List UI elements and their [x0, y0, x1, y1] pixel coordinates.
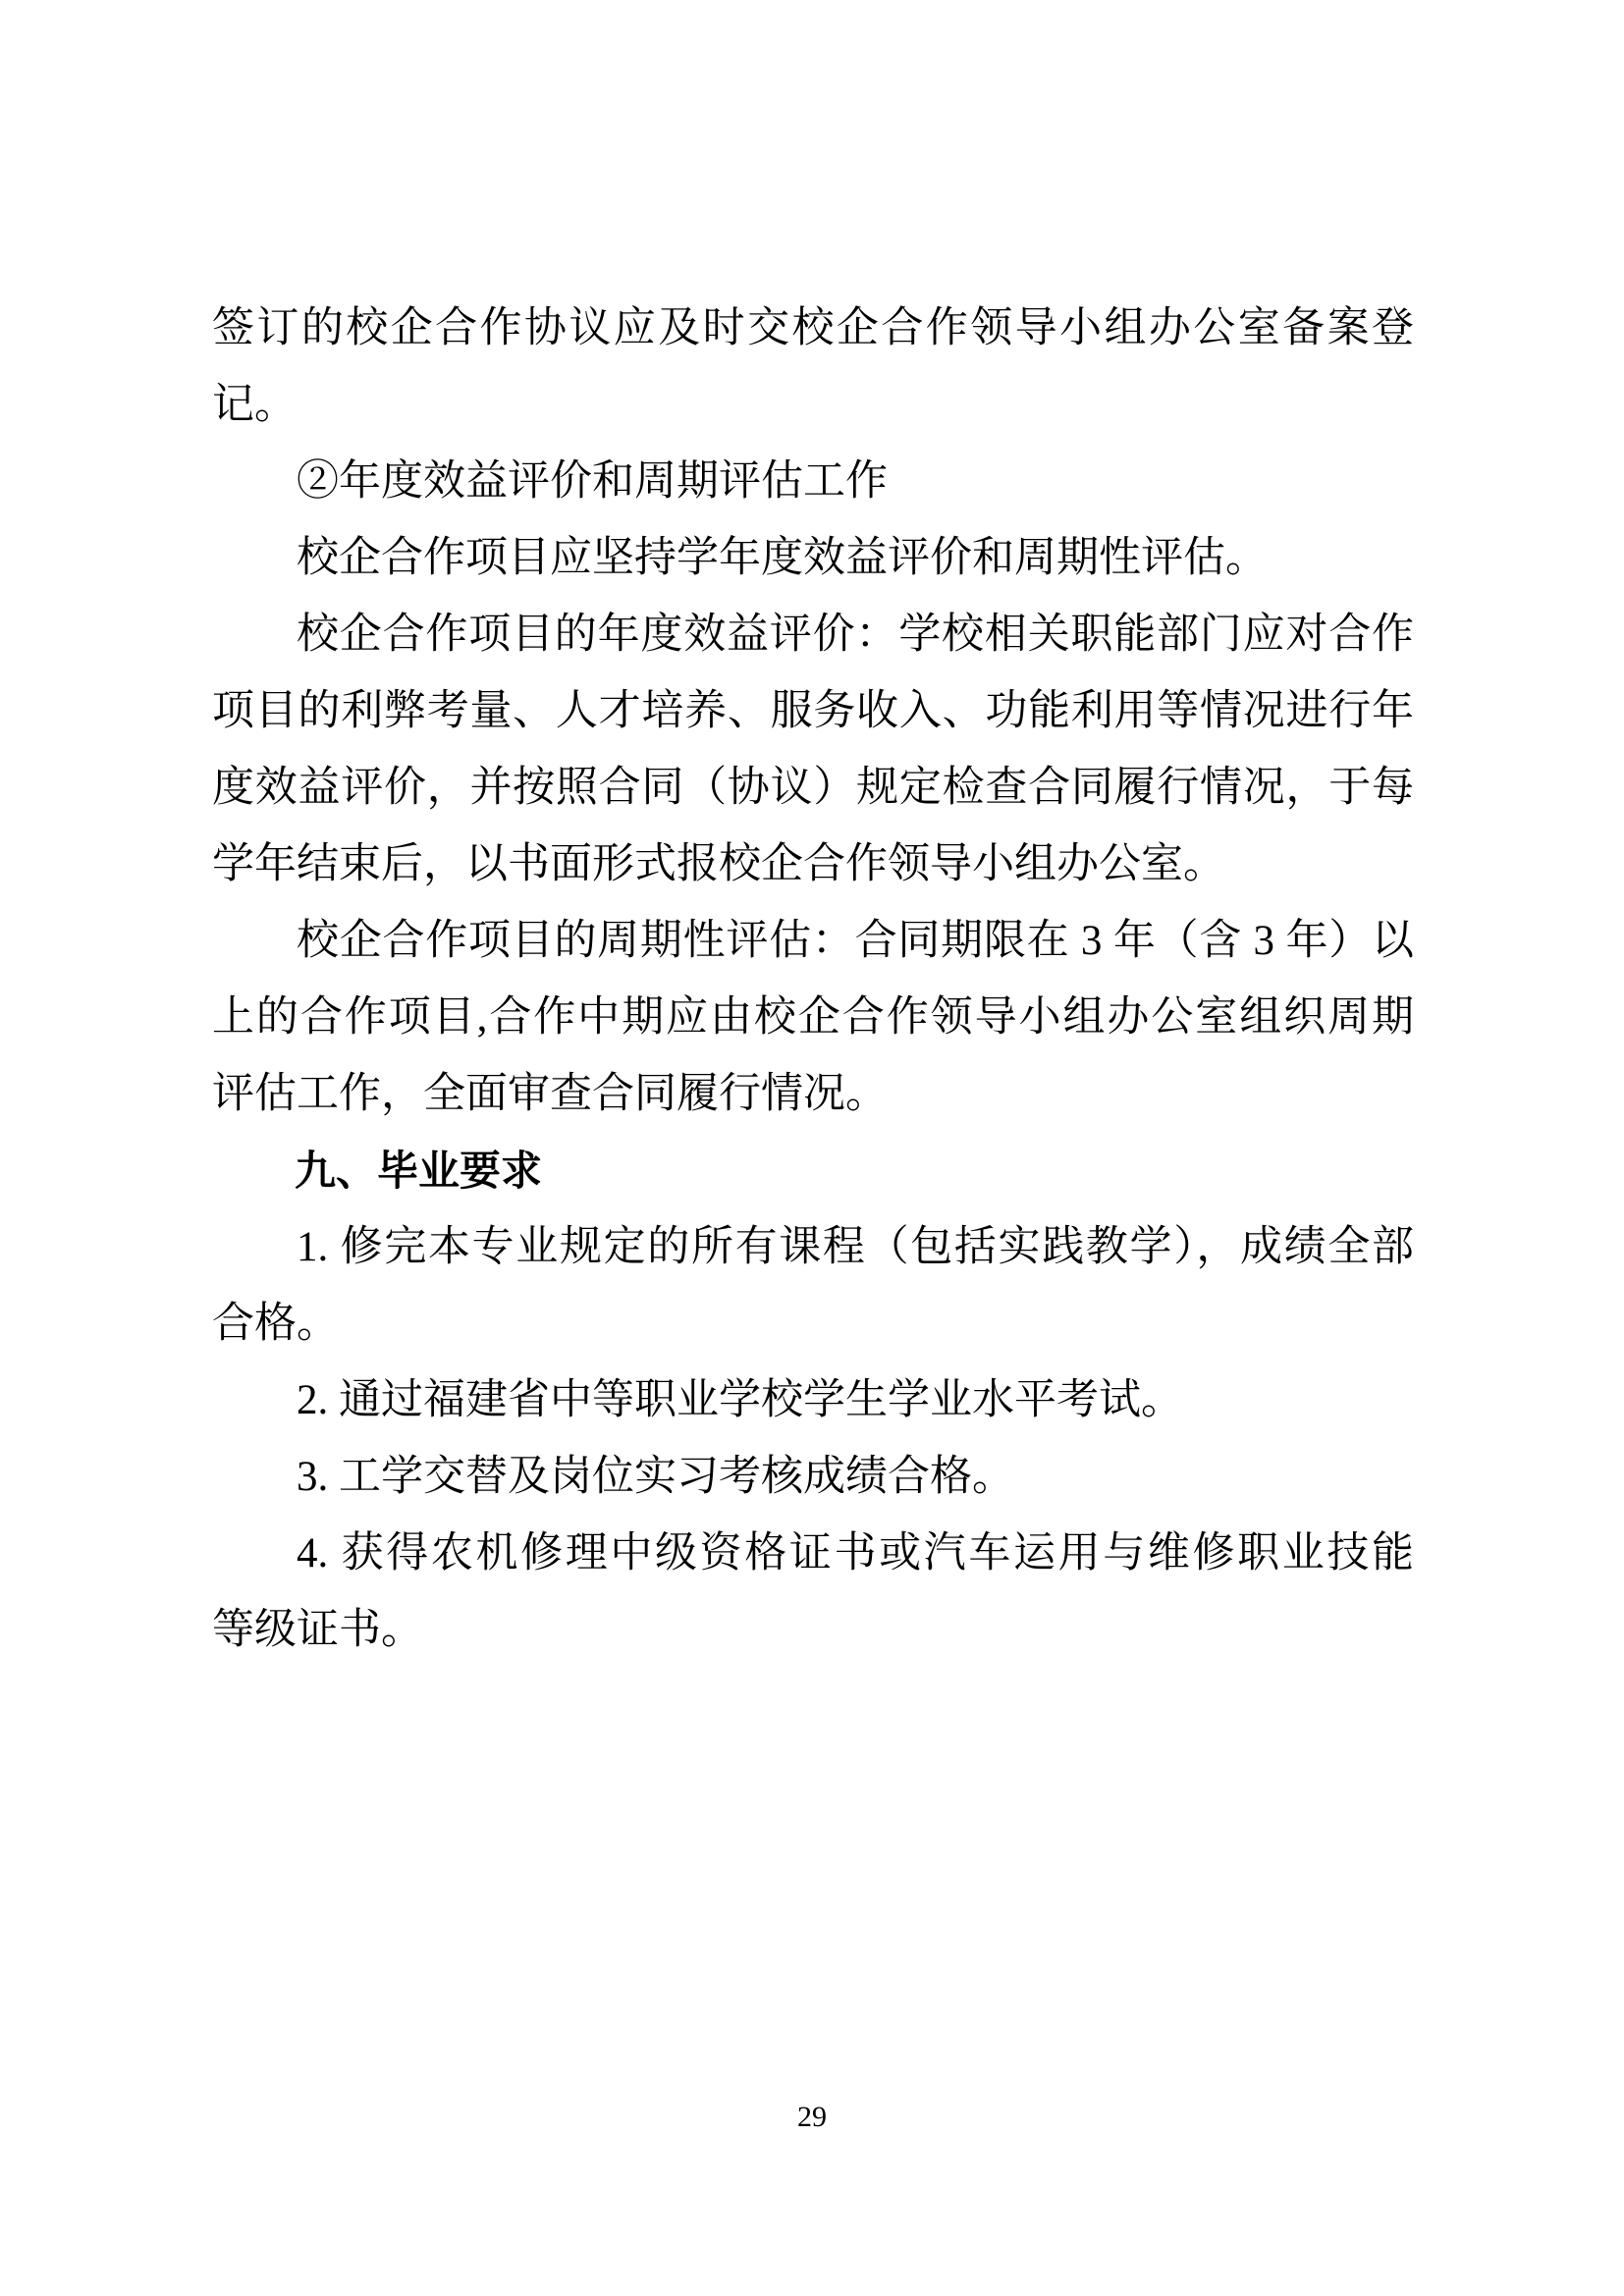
- text-line: 校企合作项目的年度效益评价：学校相关职能部门应对合作: [212, 597, 1414, 673]
- text-line: ②年度效益评价和周期评估工作: [212, 444, 1414, 520]
- section-heading-graduation-requirements: 九、毕业要求: [212, 1133, 1414, 1209]
- text-line: 4. 获得农机修理中级资格证书或汽车运用与维修职业技能: [212, 1516, 1414, 1592]
- page-number: 29: [0, 2101, 1624, 2134]
- text-line: 校企合作项目应坚持学年度效益评价和周期性评估。: [212, 520, 1414, 597]
- text-line: 学年结束后，以书面形式报校企合作领导小组办公室。: [212, 827, 1414, 903]
- text-line: 签订的校企合作协议应及时交校企合作领导小组办公室备案登: [212, 291, 1414, 367]
- text-line: 3. 工学交替及岗位实习考核成绩合格。: [212, 1439, 1414, 1516]
- text-line: 校企合作项目的周期性评估：合同期限在 3 年（含 3 年）以: [212, 903, 1414, 980]
- text-line: 2. 通过福建省中等职业学校学生学业水平考试。: [212, 1362, 1414, 1439]
- text-line: 等级证书。: [212, 1592, 1414, 1669]
- text-line: 合格。: [212, 1286, 1414, 1362]
- text-line: 度效益评价，并按照合同（协议）规定检查合同履行情况，于每: [212, 750, 1414, 827]
- document-body: 签订的校企合作协议应及时交校企合作领导小组办公室备案登 记。 ②年度效益评价和周…: [212, 291, 1414, 1669]
- text-line: 上的合作项目,合作中期应由校企合作领导小组办公室组织周期: [212, 980, 1414, 1056]
- text-line: 评估工作，全面审查合同履行情况。: [212, 1056, 1414, 1133]
- document-page: 签订的校企合作协议应及时交校企合作领导小组办公室备案登 记。 ②年度效益评价和周…: [0, 0, 1624, 2296]
- text-line: 记。: [212, 367, 1414, 444]
- text-line: 1. 修完本专业规定的所有课程（包括实践教学），成绩全部: [212, 1209, 1414, 1286]
- text-line: 项目的利弊考量、人才培养、服务收入、功能利用等情况进行年: [212, 673, 1414, 750]
